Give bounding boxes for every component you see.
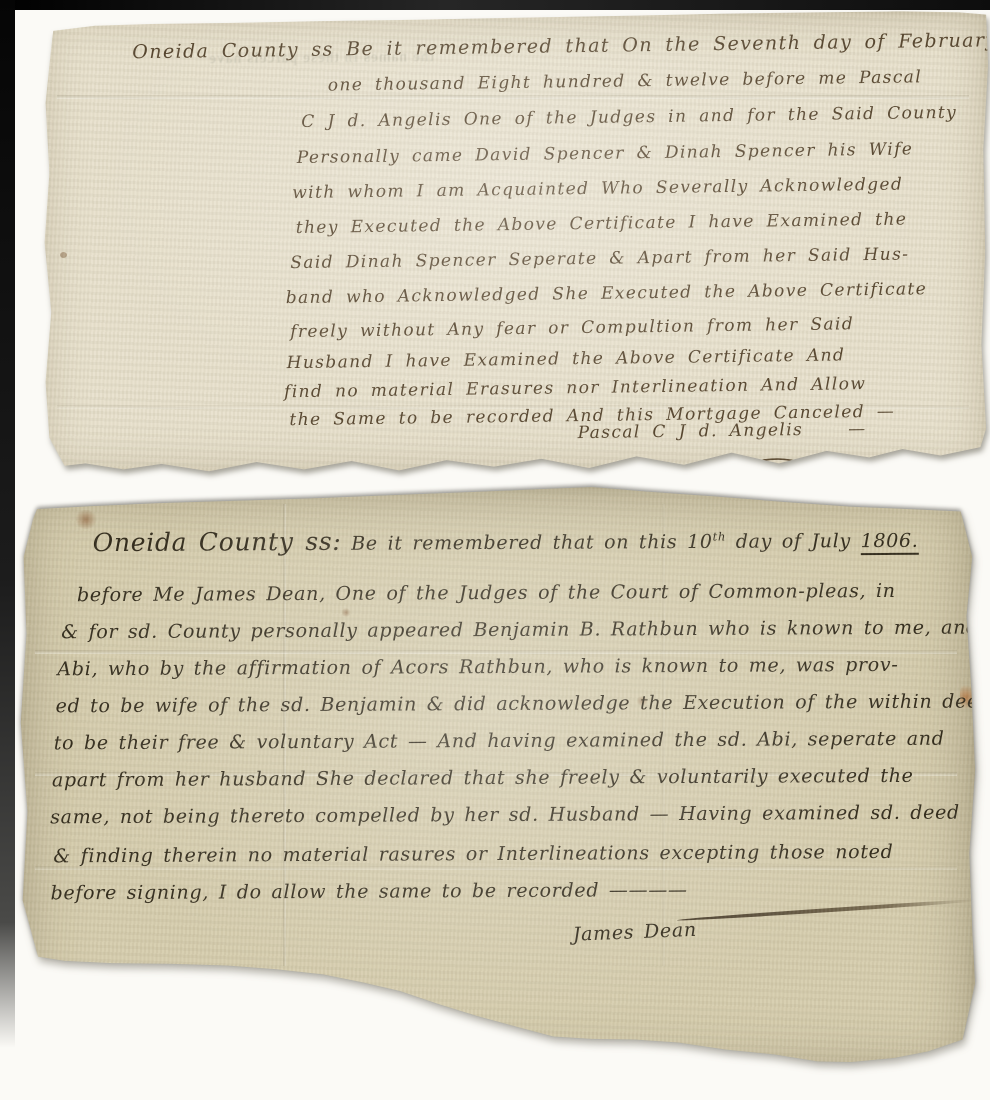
handwritten-line: ed to be wife of the sd. Benjamin & did … bbox=[56, 690, 990, 717]
signature-dash: — bbox=[803, 419, 867, 440]
county-heading: Oneida County ss: bbox=[93, 527, 342, 557]
handwritten-line: freely without Any fear or Compultion fr… bbox=[290, 314, 854, 342]
signature-pascal-de-angelis: Pascal C J d. Angelis— bbox=[578, 419, 867, 443]
handwritten-body: Oneida County ss Be it remembered that O… bbox=[35, 3, 990, 481]
photo-frame-top bbox=[0, 0, 990, 10]
document-bottom-1806: Oneida County ss: Be it remembered that … bbox=[16, 486, 976, 1078]
signature-flourish-icon bbox=[696, 454, 806, 475]
line-text: day of July bbox=[726, 530, 861, 553]
ink-flourish-stroke bbox=[677, 898, 977, 921]
handwritten-line: same, not being thereto compelled by her… bbox=[50, 802, 960, 829]
paper-sheet: the names in these parcels have Oneida C… bbox=[38, 10, 988, 475]
handwritten-line: Said Dinah Spencer Seperate & Apart from… bbox=[290, 244, 909, 273]
handwritten-body: Oneida County ss: Be it remembered that … bbox=[14, 483, 977, 1080]
handwritten-line: Oneida County ss: Be it remembered that … bbox=[93, 524, 919, 557]
handwritten-line: Husband I have Examined the Above Certif… bbox=[287, 345, 846, 373]
handwritten-line: & for sd. County personally appeared Ben… bbox=[61, 616, 979, 643]
handwritten-line: Oneida County ss Be it remembered that O… bbox=[132, 29, 990, 63]
handwritten-line: & finding therein no material rasures or… bbox=[53, 841, 893, 867]
handwritten-line: C J d. Angelis One of the Judges in and … bbox=[301, 103, 957, 132]
handwritten-line: apart from her husband She declared that… bbox=[52, 765, 914, 792]
handwritten-line: band who Acknowledged She Executed the A… bbox=[286, 279, 928, 308]
document-top-1812: the names in these parcels have Oneida C… bbox=[38, 10, 988, 475]
handwritten-line: Personally came David Spencer & Dinah Sp… bbox=[297, 139, 914, 168]
handwritten-line: find no material Erasures nor Interlinea… bbox=[284, 374, 866, 402]
signature-text: Pascal C J d. Angelis bbox=[578, 420, 804, 443]
handwritten-line: with whom I am Acquainted Who Severally … bbox=[292, 175, 903, 204]
handwritten-line: Abi, who by the affirmation of Acors Rat… bbox=[57, 654, 898, 680]
handwritten-line: before signing, I do allow the same to b… bbox=[51, 879, 688, 904]
signature-james-dean: James Dean bbox=[572, 919, 697, 946]
handwritten-line: one thousand Eight hundred & twelve befo… bbox=[328, 67, 923, 95]
handwritten-line: they Executed the Above Certificate I ha… bbox=[296, 209, 908, 238]
photograph-of-documents: the names in these parcels have Oneida C… bbox=[0, 0, 990, 1100]
ordinal-superscript: th bbox=[713, 529, 726, 543]
handwritten-line: to be their free & voluntary Act — And h… bbox=[54, 728, 945, 755]
line-text: Be it remembered that on this 10 bbox=[341, 531, 712, 555]
paper-sheet: Oneida County ss: Be it remembered that … bbox=[16, 486, 976, 1078]
handwritten-line: before Me James Dean, One of the Judges … bbox=[77, 580, 896, 606]
date-1806: 1806. bbox=[861, 530, 919, 555]
photo-frame-left bbox=[0, 0, 15, 1048]
